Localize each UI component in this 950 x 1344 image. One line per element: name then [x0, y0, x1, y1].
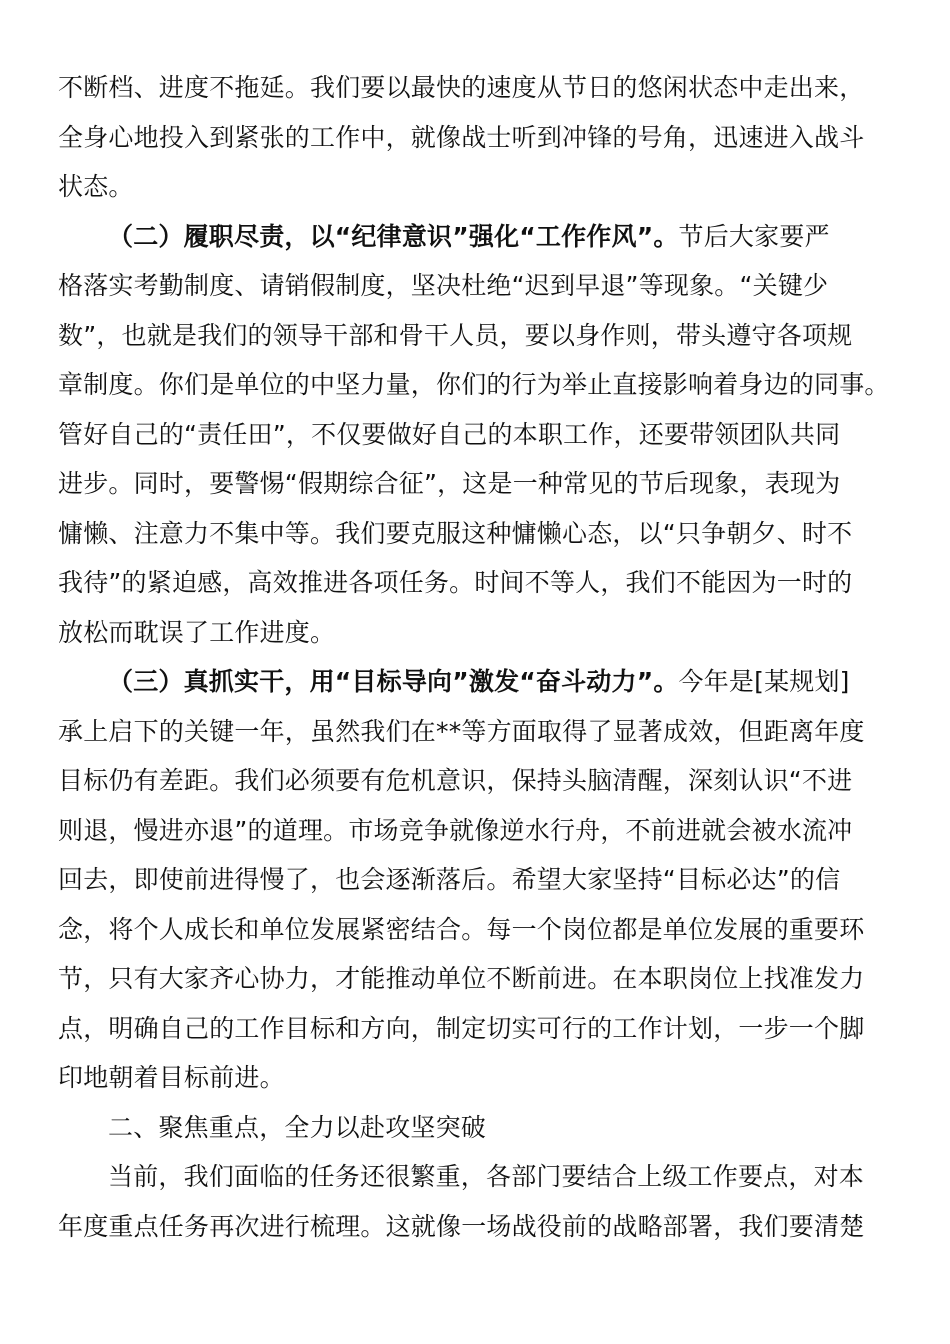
text-line: 管好自己的“责任田”，不仅要做好自己的本职工作，还要带领团队共同: [58, 419, 892, 451]
text-line: 全身心地投入到紧张的工作中，就像战士听到冲锋的号角，迅速进入战斗: [58, 122, 892, 154]
subheading-line: （三）真抓实干，用“目标导向”激发“奋斗动力”。今年是[某规划]: [108, 666, 892, 698]
text-line: 点，明确自己的工作目标和方向，制定切实可行的工作计划，一步一个脚: [58, 1013, 892, 1045]
section-heading: 二、聚焦重点，全力以赴攻坚突破: [108, 1112, 892, 1144]
text-line: 承上启下的关键一年，虽然我们在**等方面取得了显著成效，但距离年度: [58, 716, 892, 748]
text-line: 放松而耽误了工作进度。: [58, 617, 892, 649]
text-line: 章制度。你们是单位的中坚力量，你们的行为举止直接影响着身边的同事。: [58, 369, 892, 401]
text-line: 目标仍有差距。我们必须要有危机意识，保持头脑清醒，深刻认识“不进: [58, 765, 892, 797]
text-line: 慵懒、注意力不集中等。我们要克服这种慵懒心态，以“只争朝夕、时不: [58, 518, 892, 550]
text-line: 则退，慢进亦退”的道理。市场竞争就像逆水行舟，不前进就会被水流冲: [58, 815, 892, 847]
subheading-title: （二）履职尽责，以“纪律意识”强化“工作作风”。: [108, 222, 679, 251]
text-line: 不断档、进度不拖延。我们要以最快的速度从节日的悠闲状态中走出来，: [58, 72, 892, 104]
text-line: 格落实考勤制度、请销假制度，坚决杜绝“迟到早退”等现象。“关键少: [58, 270, 892, 302]
subheading-line: （二）履职尽责，以“纪律意识”强化“工作作风”。节后大家要严: [108, 221, 892, 253]
text-line: 状态。: [58, 171, 892, 203]
paragraph-first-line: 当前，我们面临的任务还很繁重，各部门要结合上级工作要点，对本: [108, 1161, 892, 1193]
text-line: 印地朝着目标前进。: [58, 1062, 892, 1094]
text-line: 念，将个人成长和单位发展紧密结合。每一个岗位都是单位发展的重要环: [58, 914, 892, 946]
text-line: 数”，也就是我们的领导干部和骨干人员，要以身作则，带头遵守各项规: [58, 320, 892, 352]
text-line: 节，只有大家齐心协力，才能推动单位不断前进。在本职岗位上找准发力: [58, 963, 892, 995]
subheading-text: 今年是[某规划]: [679, 667, 850, 696]
document-page: 不断档、进度不拖延。我们要以最快的速度从节日的悠闲状态中走出来， 全身心地投入到…: [0, 0, 950, 1344]
subheading-title: （三）真抓实干，用“目标导向”激发“奋斗动力”。: [108, 667, 679, 696]
text-line: 进步。同时，要警惕“假期综合征”，这是一种常见的节后现象，表现为: [58, 468, 892, 500]
subheading-text: 节后大家要严: [679, 222, 830, 251]
text-line: 回去，即使前进得慢了，也会逐渐落后。希望大家坚持“目标必达”的信: [58, 864, 892, 896]
text-line: 年度重点任务再次进行梳理。这就像一场战役前的战略部署，我们要清楚: [58, 1211, 892, 1243]
text-line: 我待”的紧迫感，高效推进各项任务。时间不等人，我们不能因为一时的: [58, 567, 892, 599]
